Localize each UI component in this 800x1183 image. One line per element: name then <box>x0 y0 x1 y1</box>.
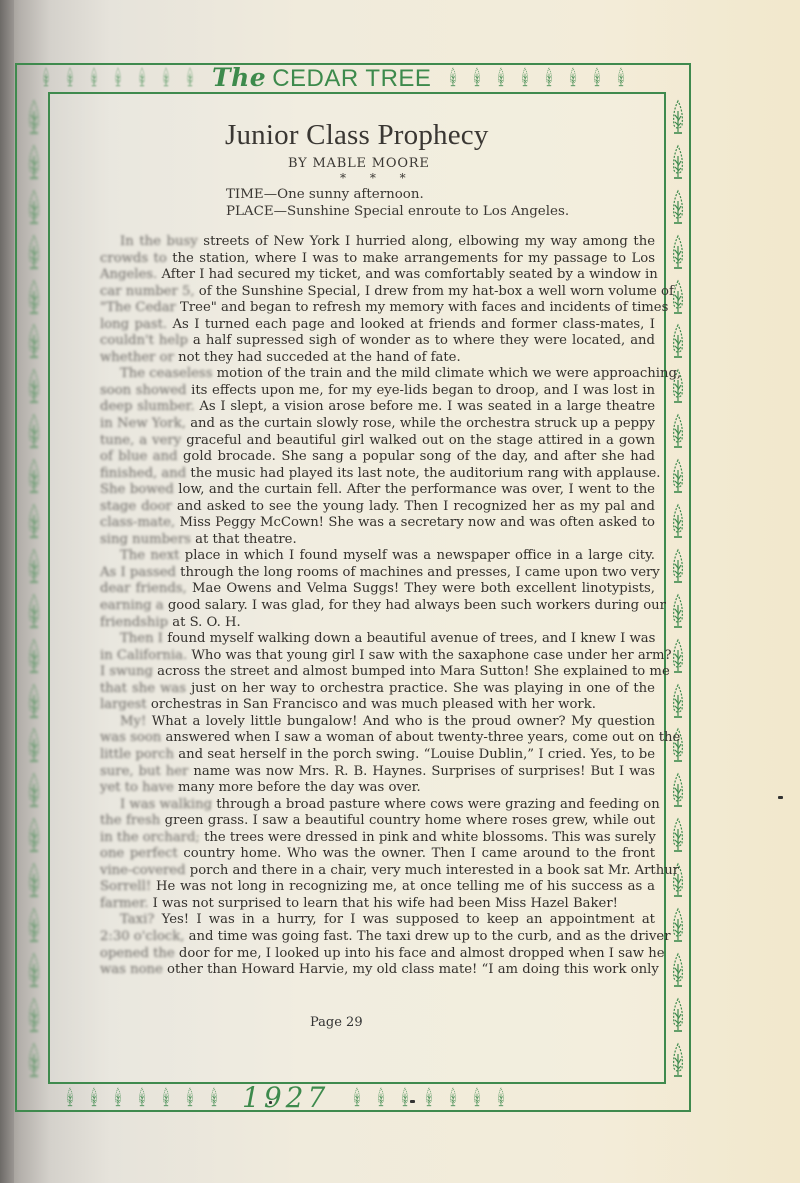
text-line-body: low, and the curtain fell. After the per… <box>174 482 655 497</box>
text-line-body: through the long rooms of machines and p… <box>176 565 660 580</box>
cedar-tree-icon <box>669 547 687 589</box>
text-line-lead-blurred: whether or <box>100 350 174 365</box>
cedar-tree-icon <box>564 67 582 89</box>
paper-speck <box>778 796 783 799</box>
text-line-lead-blurred: of blue and <box>100 449 178 464</box>
text-line-lead-blurred: yet to have <box>100 780 174 795</box>
cedar-tree-icon <box>669 143 687 185</box>
text-line-lead-blurred: As I passed <box>100 565 176 580</box>
text-line-body: the trees were dressed in pink and white… <box>200 830 656 845</box>
cedar-tree-icon <box>444 67 462 89</box>
text-line: earning a good salary. I was glad, for t… <box>100 598 655 615</box>
text-line-body: As I slept, a vision arose before me. I … <box>195 399 655 414</box>
text-line-lead-blurred: Angeles. <box>100 267 157 282</box>
cedar-tree-icon <box>25 322 43 364</box>
text-line: in New York, and as the curtain slowly r… <box>100 416 655 433</box>
text-line-lead-blurred: car number 5, <box>100 284 195 299</box>
cedar-tree-icon <box>85 1087 103 1109</box>
cedar-tree-icon <box>181 67 199 89</box>
text-line-body: I was not surprised to learn that his wi… <box>148 896 618 911</box>
cedar-tree-icon <box>396 1087 414 1109</box>
article-body: In the busy streets of New York I hurrie… <box>100 234 655 979</box>
text-line: opened the door for me, I looked up into… <box>100 946 655 963</box>
text-line-body: at that theatre. <box>191 532 297 547</box>
text-line-body: Miss Peggy McCown! She was a secretary n… <box>175 515 655 530</box>
text-line-lead-blurred: largest <box>100 697 147 712</box>
text-line-body: the station, where I was to make arrange… <box>167 251 655 266</box>
text-line-lead-blurred: finished, and <box>100 466 186 481</box>
text-line: Angeles. After I had secured my ticket, … <box>100 267 655 284</box>
text-line: vine-covered porch and there in a chair,… <box>100 863 655 880</box>
masthead-the: The <box>212 63 266 92</box>
section-separator: * * * <box>340 172 655 184</box>
text-line-lead-blurred: class-mate, <box>100 515 175 530</box>
yearbook-year: 1927 <box>242 1084 329 1112</box>
cedar-tree-icon <box>372 1087 390 1109</box>
cedar-tree-icon <box>468 67 486 89</box>
cedar-tree-icon <box>540 67 558 89</box>
cedar-tree-icon <box>25 771 43 813</box>
text-line-body: He was not long in recognizing me, at on… <box>151 879 655 894</box>
paper-speck <box>269 1101 272 1104</box>
text-line: As I passed through the long rooms of ma… <box>100 565 655 582</box>
cedar-tree-icon <box>669 412 687 454</box>
cedar-tree-row-right <box>441 67 633 89</box>
text-line-lead-blurred: She bowed <box>100 482 174 497</box>
cedar-tree-icon <box>25 547 43 589</box>
text-line-body: and time was going fast. The taxi drew u… <box>184 929 670 944</box>
text-line-body: its effects upon me, for my eye-lids beg… <box>187 383 656 398</box>
text-line-body: not they had succeded at the hand of fat… <box>174 350 461 365</box>
cedar-tree-icon <box>25 637 43 679</box>
text-line: The ceaseless motion of the train and th… <box>100 366 655 383</box>
cedar-tree-icon <box>205 1087 223 1109</box>
text-line-body: graceful and beautiful girl walked out o… <box>181 433 655 448</box>
text-line-body: and asked to see the young lady. Then I … <box>172 499 655 514</box>
cedar-tree-column-left <box>22 98 46 1083</box>
text-line-lead-blurred: My! <box>120 714 146 729</box>
text-line-body: door for me, I looked up into his face a… <box>175 946 665 961</box>
text-line: I swung across the street and almost bum… <box>100 664 655 681</box>
text-line-lead-blurred: In the busy <box>120 234 198 249</box>
text-line: one perfect country home. Who was the ow… <box>100 846 655 863</box>
text-line: The next place in which I found myself w… <box>100 548 655 565</box>
text-line: car number 5, of the Sunshine Special, I… <box>100 284 655 301</box>
text-line-body: at S. O. H. <box>168 615 241 630</box>
text-line-lead-blurred: 2:30 o'clock, <box>100 929 184 944</box>
cedar-tree-icon <box>669 502 687 544</box>
footer-band: 1927 <box>40 1084 660 1112</box>
text-line: in the orchard; the trees were dressed i… <box>100 830 655 847</box>
text-line-lead-blurred: sure, but her <box>100 764 188 779</box>
text-line-body: gold brocade. She sang a popular song of… <box>178 449 655 464</box>
book-gutter-shadow <box>0 0 14 1183</box>
article-byline: BY MABLE MOORE <box>288 156 655 172</box>
text-line-lead-blurred: opened the <box>100 946 175 961</box>
text-line-lead-blurred: that she was <box>100 681 186 696</box>
cedar-tree-icon <box>85 67 103 89</box>
cedar-tree-icon <box>25 996 43 1038</box>
text-line-body: found myself walking down a beautiful av… <box>163 631 655 646</box>
text-line: sure, but her name was now Mrs. R. B. Ha… <box>100 764 655 781</box>
text-line-lead-blurred: farmer. <box>100 896 148 911</box>
cedar-tree-icon <box>25 278 43 320</box>
text-line: yet to have many more before the day was… <box>100 780 655 797</box>
text-line: sing numbers at that theatre. <box>100 532 655 549</box>
text-line-lead-blurred: in the orchard; <box>100 830 200 845</box>
cedar-tree-icon <box>669 771 687 813</box>
text-line: She bowed low, and the curtain fell. Aft… <box>100 482 655 499</box>
text-line-lead-blurred: was soon <box>100 730 161 745</box>
text-line: Then I found myself walking down a beaut… <box>100 631 655 648</box>
text-line-body: Yes! I was in a hurry, for I was suppose… <box>154 912 655 927</box>
cedar-tree-icon <box>348 1087 366 1109</box>
text-line: friendship at S. O. H. <box>100 615 655 632</box>
text-line-lead-blurred: stage door <box>100 499 172 514</box>
text-line-lead-blurred: Taxi? <box>120 912 154 927</box>
cedar-tree-icon <box>669 816 687 858</box>
text-line-lead-blurred: tune, a very <box>100 433 181 448</box>
cedar-tree-icon <box>492 67 510 89</box>
text-line-body: other than Howard Harvie, my old class m… <box>163 962 659 977</box>
text-line-body: name was now Mrs. R. B. Haynes. Surprise… <box>188 764 655 779</box>
text-line-lead-blurred: The ceaseless <box>120 366 212 381</box>
cedar-tree-icon <box>25 233 43 275</box>
text-line: was none other than Howard Harvie, my ol… <box>100 962 655 979</box>
cedar-tree-icon <box>133 67 151 89</box>
text-line-lead-blurred: soon showed <box>100 383 187 398</box>
paper-speck <box>410 1100 415 1103</box>
cedar-tree-row-left <box>58 1087 226 1109</box>
text-line-body: across the street and almost bumped into… <box>153 664 670 679</box>
cedar-tree-icon <box>25 98 43 140</box>
text-line-lead-blurred: The next <box>120 548 179 563</box>
setting-time: TIME—One sunny afternoon. <box>226 186 655 203</box>
text-line: that she was just on her way to orchestr… <box>100 681 655 698</box>
text-line: little porch and seat herself in the por… <box>100 747 655 764</box>
cedar-tree-icon <box>669 457 687 499</box>
cedar-tree-icon <box>25 412 43 454</box>
cedar-tree-icon <box>444 1087 462 1109</box>
text-line-lead-blurred: vine-covered <box>100 863 186 878</box>
text-line-body: green grass. I saw a beautiful country h… <box>160 813 655 828</box>
text-line-lead-blurred: was none <box>100 962 163 977</box>
text-line-body: the music had played its last note, the … <box>186 466 660 481</box>
cedar-tree-icon <box>669 637 687 679</box>
cedar-tree-icon <box>133 1087 151 1109</box>
cedar-tree-icon <box>669 682 687 724</box>
text-line-body: and as the curtain slowly rose, while th… <box>186 416 655 431</box>
page-number: Page 29 <box>310 1015 363 1030</box>
text-line: Taxi? Yes! I was in a hurry, for I was s… <box>100 912 655 929</box>
text-line-body: answered when I saw a woman of about twe… <box>161 730 680 745</box>
text-line-lead-blurred: deep slumber. <box>100 399 195 414</box>
text-line: deep slumber. As I slept, a vision arose… <box>100 399 655 416</box>
cedar-tree-icon <box>669 592 687 634</box>
cedar-tree-icon <box>61 67 79 89</box>
text-line: the fresh green grass. I saw a beautiful… <box>100 813 655 830</box>
text-line-lead-blurred: one perfect <box>100 846 178 861</box>
cedar-tree-icon <box>669 906 687 948</box>
text-line-lead-blurred: the fresh <box>100 813 160 828</box>
cedar-tree-icon <box>669 98 687 140</box>
cedar-tree-icon <box>25 816 43 858</box>
cedar-tree-icon <box>25 188 43 230</box>
cedar-tree-icon <box>669 233 687 275</box>
text-line-body: streets of New York I hurried along, elb… <box>198 234 655 249</box>
text-line: dear friends, Mae Owens and Velma Suggs!… <box>100 581 655 598</box>
cedar-tree-icon <box>25 143 43 185</box>
cedar-tree-icon <box>612 67 630 89</box>
text-line: long past. As I turned each page and loo… <box>100 317 655 334</box>
text-line-body: porch and there in a chair, very much in… <box>186 863 679 878</box>
text-line-body: good salary. I was glad, for they had al… <box>164 598 666 613</box>
text-line: finished, and the music had played its l… <box>100 466 655 483</box>
cedar-tree-icon <box>669 322 687 364</box>
text-line-lead-blurred: in New York, <box>100 416 186 431</box>
text-line-lead-blurred: I swung <box>100 664 153 679</box>
text-line-body: Mae Owens and Velma Suggs! They were bot… <box>187 581 655 596</box>
text-line-body: just on her way to orchestra practice. S… <box>186 681 655 696</box>
text-line: My! What a lovely little bungalow! And w… <box>100 714 655 731</box>
text-line: farmer. I was not surprised to learn tha… <box>100 896 655 913</box>
cedar-tree-icon <box>25 592 43 634</box>
text-line: soon showed its effects upon me, for my … <box>100 383 655 400</box>
cedar-tree-icon <box>157 1087 175 1109</box>
text-line: of blue and gold brocade. She sang a pop… <box>100 449 655 466</box>
text-line: "The Cedar Tree" and began to refresh my… <box>100 300 655 317</box>
text-line: in California. Who was that young girl I… <box>100 648 655 665</box>
text-line-body: country home. Who was the owner. Then I … <box>178 846 655 861</box>
text-line-lead-blurred: crowds to <box>100 251 167 266</box>
text-line-lead-blurred: I was walking <box>120 797 212 812</box>
text-line: Sorrell! He was not long in recognizing … <box>100 879 655 896</box>
cedar-tree-icon <box>492 1087 510 1109</box>
text-line-body: through a broad pasture where cows were … <box>212 797 660 812</box>
text-line-body: place in which I found myself was a news… <box>179 548 655 563</box>
cedar-tree-icon <box>25 682 43 724</box>
text-line-lead-blurred: little porch <box>100 747 174 762</box>
cedar-tree-icon <box>25 951 43 993</box>
cedar-tree-icon <box>669 188 687 230</box>
text-line-lead-blurred: in California. <box>100 648 187 663</box>
text-line: couldn't help a half supressed sigh of w… <box>100 333 655 350</box>
cedar-tree-icon <box>420 1087 438 1109</box>
cedar-tree-icon <box>25 906 43 948</box>
cedar-tree-icon <box>588 67 606 89</box>
cedar-tree-icon <box>61 1087 79 1109</box>
text-line: class-mate, Miss Peggy McCown! She was a… <box>100 515 655 532</box>
cedar-tree-icon <box>669 996 687 1038</box>
cedar-tree-icon <box>468 1087 486 1109</box>
text-line-lead-blurred: sing numbers <box>100 532 191 547</box>
cedar-tree-icon <box>25 726 43 768</box>
masthead-name: CEDAR TREE <box>272 65 431 92</box>
article-title: Junior Class Prophecy <box>225 118 655 152</box>
text-line-lead-blurred: couldn't help <box>100 333 188 348</box>
text-line: 2:30 o'clock, and time was going fast. T… <box>100 929 655 946</box>
text-line-lead-blurred: long past. <box>100 317 167 332</box>
cedar-tree-icon <box>109 67 127 89</box>
text-line: crowds to the station, where I was to ma… <box>100 251 655 268</box>
text-line-body: Tree" and began to refresh my memory wit… <box>176 300 669 315</box>
text-line-body: many more before the day was over. <box>174 780 421 795</box>
cedar-tree-icon <box>109 1087 127 1109</box>
cedar-tree-row-left <box>34 67 202 89</box>
text-line: In the busy streets of New York I hurrie… <box>100 234 655 251</box>
cedar-tree-row-right <box>345 1087 513 1109</box>
text-line: whether or not they had succeded at the … <box>100 350 655 367</box>
cedar-tree-icon <box>669 951 687 993</box>
text-line-lead-blurred: Sorrell! <box>100 879 151 894</box>
text-line-body: and seat herself in the porch swing. “Lo… <box>174 747 655 762</box>
text-line-lead-blurred: "The Cedar <box>100 300 176 315</box>
text-line-body: Who was that young girl I saw with the s… <box>187 648 671 663</box>
article: Junior Class Prophecy BY MABLE MOORE * *… <box>100 118 655 979</box>
text-line-body: a half supressed sigh of wonder as to wh… <box>188 333 655 348</box>
cedar-tree-icon <box>516 67 534 89</box>
cedar-tree-icon <box>669 1041 687 1083</box>
text-line-body: of the Sunshine Special, I drew from my … <box>195 284 674 299</box>
cedar-tree-icon <box>25 1041 43 1083</box>
text-line-body: orchestras in San Francisco and was much… <box>147 697 596 712</box>
cedar-tree-icon <box>25 861 43 903</box>
cedar-tree-icon <box>25 457 43 499</box>
text-line-body: After I had secured my ticket, and was c… <box>157 267 657 282</box>
masthead-title: TheCEDAR TREE <box>212 64 431 93</box>
masthead-band: TheCEDAR TREE <box>34 64 646 92</box>
text-line: tune, a very graceful and beautiful girl… <box>100 433 655 450</box>
text-line-lead-blurred: friendship <box>100 615 168 630</box>
cedar-tree-icon <box>37 67 55 89</box>
text-line-lead-blurred: earning a <box>100 598 164 613</box>
cedar-tree-icon <box>181 1087 199 1109</box>
cedar-tree-icon <box>25 502 43 544</box>
cedar-tree-icon <box>25 367 43 409</box>
setting-place: PLACE—Sunshine Special enroute to Los An… <box>226 203 655 220</box>
text-line: was soon answered when I saw a woman of … <box>100 730 655 747</box>
text-line: I was walking through a broad pasture wh… <box>100 797 655 814</box>
text-line-lead-blurred: Then I <box>120 631 163 646</box>
text-line-body: As I turned each page and looked at frie… <box>167 317 655 332</box>
cedar-tree-icon <box>157 67 175 89</box>
text-line-body: What a lovely little bungalow! And who i… <box>146 714 655 729</box>
text-line-lead-blurred: dear friends, <box>100 581 187 596</box>
text-line: largest orchestras in San Francisco and … <box>100 697 655 714</box>
text-line: stage door and asked to see the young la… <box>100 499 655 516</box>
text-line-body: motion of the train and the mild climate… <box>212 366 681 381</box>
